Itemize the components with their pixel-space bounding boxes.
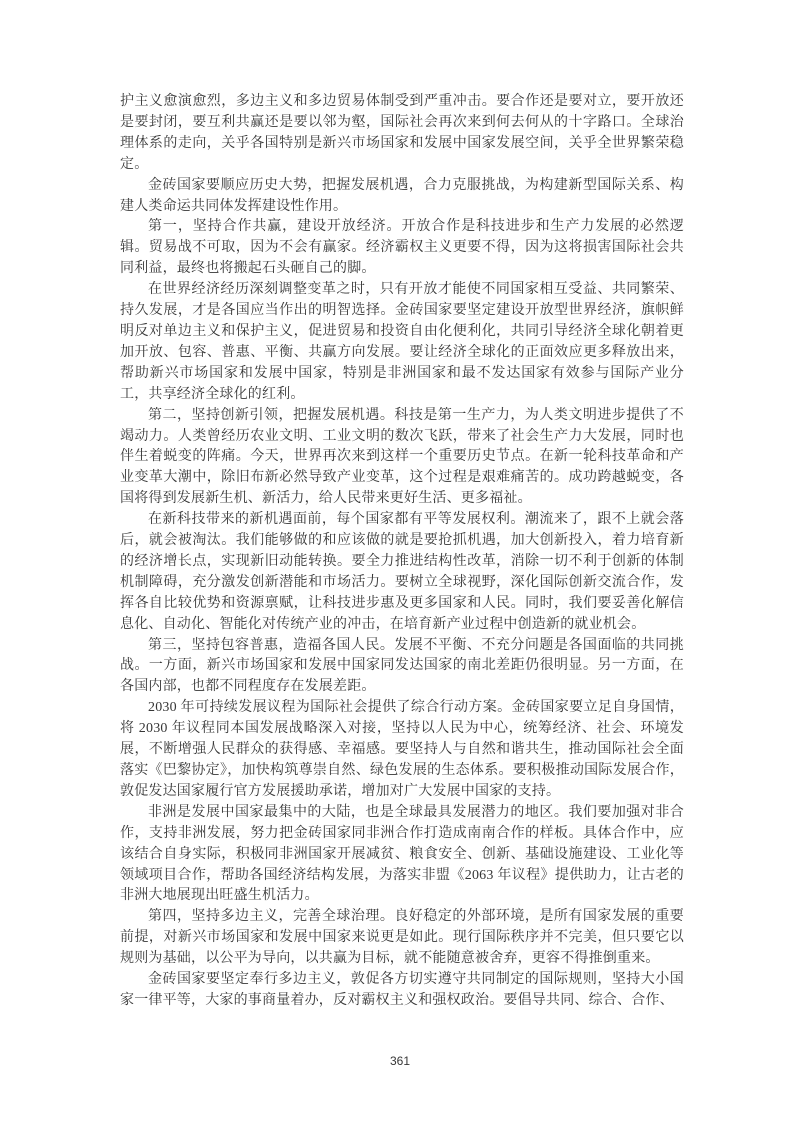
paragraph-3: 第一，坚持合作共赢，建设开放经济。开放合作是科技进步和生产力发展的必然逻辑。贸易… — [120, 217, 684, 280]
paragraph-9: 非洲是发展中国家最集中的大陆，也是全球最具发展潜力的地区。我们要加强对非合作，支… — [120, 803, 684, 908]
paragraph-1: 护主义愈演愈烈，多边主义和多边贸易体制受到严重冲击。要合作还是要对立，要开放还是… — [120, 92, 684, 176]
paragraph-6: 在新科技带来的新机遇面前，每个国家都有平等发展权利。潮流来了，跟不上就会落后，就… — [120, 510, 684, 635]
paragraph-7: 第三，坚持包容普惠，造福各国人民。发展不平衡、不充分问题是各国面临的共同挑战。一… — [120, 636, 684, 699]
paragraph-2: 金砖国家要顺应历史大势，把握发展机遇，合力克服挑战，为构建新型国际关系、构建人类… — [120, 176, 684, 218]
paragraph-5: 第二，坚持创新引领，把握发展机遇。科技是第一生产力，为人类文明进步提供了不竭动力… — [120, 406, 684, 511]
paragraph-4: 在世界经济经历深刻调整变革之时，只有开放才能使不同国家相互受益、共同繁荣、持久发… — [120, 280, 684, 405]
document-page: 护主义愈演愈烈，多边主义和多边贸易体制受到严重冲击。要合作还是要对立，要开放还是… — [0, 0, 800, 1133]
paragraph-11: 金砖国家要坚定奉行多边主义，敦促各方切实遵守共同制定的国际规则，坚持大小国家一律… — [120, 970, 684, 1012]
page-number: 361 — [0, 1054, 800, 1068]
paragraph-8: 2030 年可持续发展议程为国际社会提供了综合行动方案。金砖国家要立足自身国情，… — [120, 698, 684, 803]
document-body: 护主义愈演愈烈，多边主义和多边贸易体制受到严重冲击。要合作还是要对立，要开放还是… — [120, 92, 684, 1012]
paragraph-10: 第四，坚持多边主义，完善全球治理。良好稳定的外部环境，是所有国家发展的重要前提，… — [120, 907, 684, 970]
